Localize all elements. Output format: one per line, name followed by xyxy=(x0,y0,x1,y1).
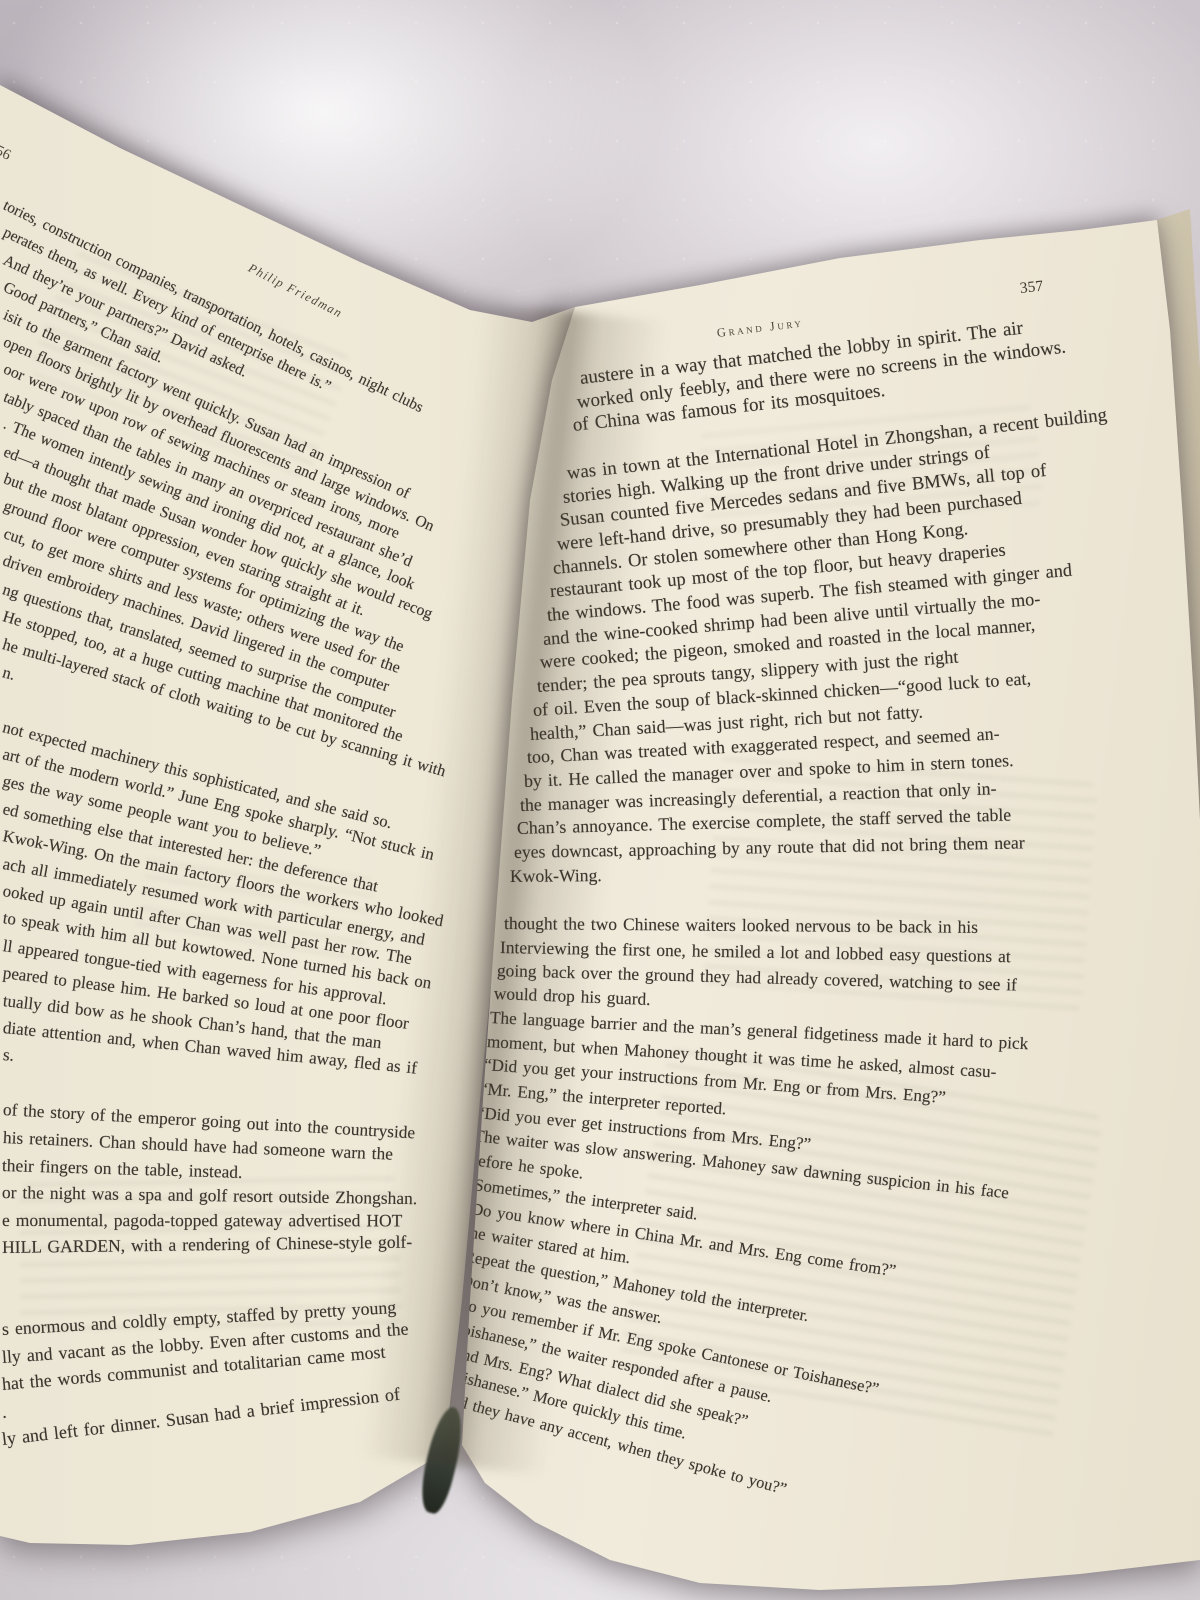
left-page-number: 56 xyxy=(0,143,13,165)
left-running-header: Philip Friedman xyxy=(246,261,345,322)
text-line: ly and left for dinner. Susan had a brie… xyxy=(1,1384,401,1450)
text-line: would drop his guard. xyxy=(493,984,650,1010)
text-line: thought the two Chinese waiters looked n… xyxy=(503,913,977,938)
text-line: n. xyxy=(1,662,18,685)
text-line: s. xyxy=(2,1045,15,1066)
text-line: Kwok-Wing. xyxy=(510,865,602,887)
text-line: “Did they have any accent, when they spo… xyxy=(435,1387,789,1499)
book-photo: 56 Philip Friedman tories, construction … xyxy=(0,0,1200,1600)
right-page-number: 357 xyxy=(1019,278,1044,298)
text-line: . xyxy=(1,1401,8,1422)
right-running-header: Grand Jury xyxy=(716,315,804,340)
text-line: their fingers on the table, instead. xyxy=(2,1155,243,1183)
text-line: e monumental, pagoda-topped gateway adve… xyxy=(2,1210,402,1231)
